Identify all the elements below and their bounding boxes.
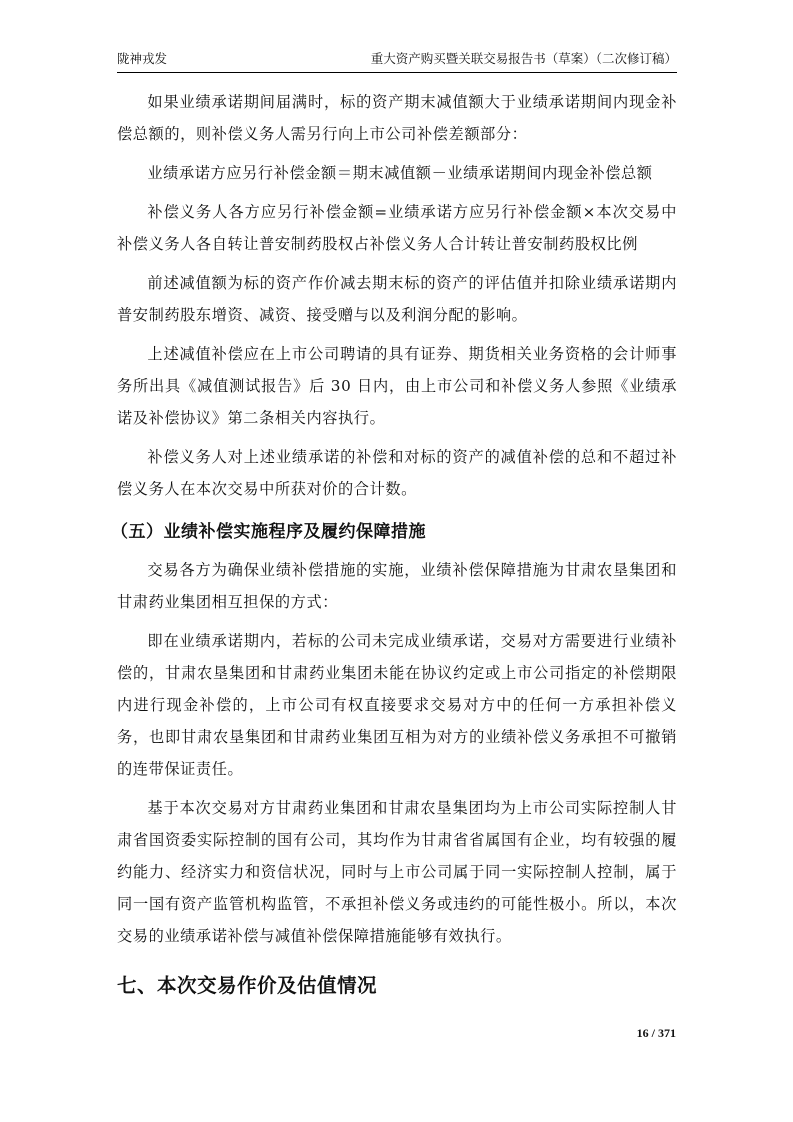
chapter-heading: 七、本次交易作价及估值情况	[117, 966, 677, 1006]
paragraph: 补偿义务人对上述业绩承诺的补偿和对标的资产的减值补偿的总和不超过补偿义务人在本次…	[117, 441, 677, 505]
paragraph: 前述减值额为标的资产作价减去期末标的资产的评估值并扣除业绩承诺期内普安制药股东增…	[117, 267, 677, 331]
header-company-name: 陇神戎发	[117, 48, 167, 70]
paragraph: 上述减值补偿应在上市公司聘请的具有证券、期货相关业务资格的会计师事务所出具《减值…	[117, 338, 677, 434]
header-document-title: 重大资产购买暨关联交易报告书（草案）（二次修订稿）	[371, 48, 677, 70]
paragraph: 即在业绩承诺期内，若标的公司未完成业绩承诺，交易对方需要进行业绩补偿的，甘肃农垦…	[117, 625, 677, 785]
formula-paragraph: 业绩承诺方应另行补偿金额＝期末减值额－业绩承诺期间内现金补偿总额	[117, 157, 677, 189]
page-header: 陇神戎发 重大资产购买暨关联交易报告书（草案）（二次修订稿）	[117, 50, 677, 73]
paragraph: 基于本次交易对方甘肃药业集团和甘肃农垦集团均为上市公司实际控制人甘肃省国资委实际…	[117, 792, 677, 952]
paragraph: 交易各方为确保业绩补偿措施的实施，业绩补偿保障措施为甘肃农垦集团和甘肃药业集团相…	[117, 554, 677, 618]
formula-paragraph: 补偿义务人各方应另行补偿金额=业绩承诺方应另行补偿金额×本次交易中补偿义务人各自…	[117, 196, 677, 260]
section-heading: （五）业绩补偿实施程序及履约保障措施	[111, 512, 677, 552]
paragraph: 如果业绩承诺期间届满时，标的资产期末减值额大于业绩承诺期间内现金补偿总额的，则补…	[117, 86, 677, 150]
page-number: 16 / 371	[637, 1026, 676, 1041]
page-content: 如果业绩承诺期间届满时，标的资产期末减值额大于业绩承诺期间内现金补偿总额的，则补…	[117, 86, 677, 1006]
